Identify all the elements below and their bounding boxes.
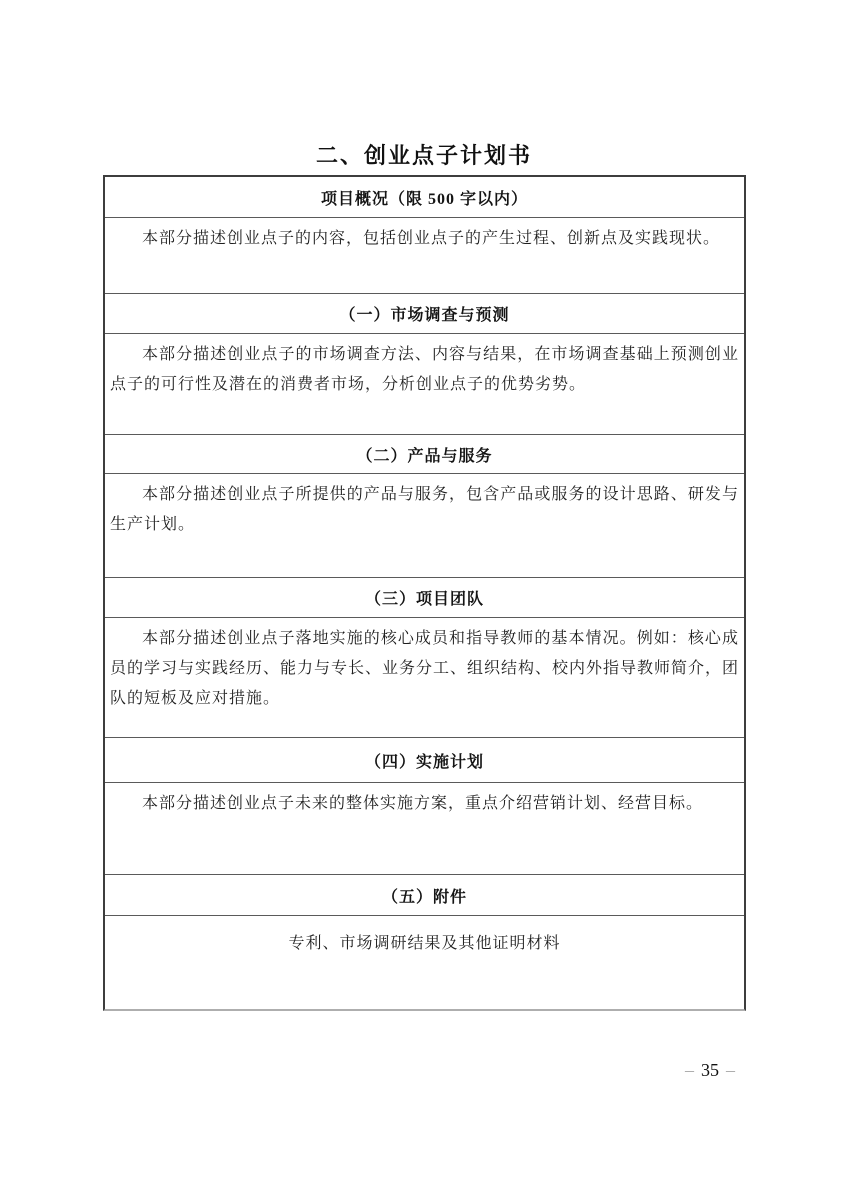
page-number: –35– (678, 1060, 742, 1081)
document-page: 二、创业点子计划书 项目概况（限 500 字以内） 本部分描述创业点子的内容，包… (0, 0, 848, 1200)
section-body-text: 本部分描述创业点子未来的整体实施方案，重点介绍营销计划、经营目标。 (105, 783, 744, 819)
section-header-market-research: （一）市场调查与预测 (105, 293, 744, 333)
page-number-dash-right: – (719, 1060, 742, 1080)
section-body-text: 本部分描述创业点子所提供的产品与服务，包含产品或服务的设计思路、研发与生产计划。 (105, 474, 744, 540)
section-body-attachments: 专利、市场调研结果及其他证明材料 (105, 915, 744, 1009)
section-body-implementation-plan: 本部分描述创业点子未来的整体实施方案，重点介绍营销计划、经营目标。 (105, 782, 744, 874)
page-title: 二、创业点子计划书 (0, 139, 848, 170)
section-body-products-services: 本部分描述创业点子所提供的产品与服务，包含产品或服务的设计思路、研发与生产计划。 (105, 473, 744, 577)
section-body-text: 专利、市场调研结果及其他证明材料 (105, 916, 744, 959)
section-header-products-services: （二）产品与服务 (105, 434, 744, 473)
section-body-text: 本部分描述创业点子的内容，包括创业点子的产生过程、创新点及实践现状。 (105, 218, 744, 254)
section-body-text: 本部分描述创业点子落地实施的核心成员和指导教师的基本情况。例如：核心成员的学习与… (105, 618, 744, 714)
section-header-project-team: （三）项目团队 (105, 577, 744, 617)
page-number-dash-left: – (678, 1060, 701, 1080)
section-header-overview: 项目概况（限 500 字以内） (105, 177, 744, 217)
section-body-project-team: 本部分描述创业点子落地实施的核心成员和指导教师的基本情况。例如：核心成员的学习与… (105, 617, 744, 737)
page-number-value: 35 (701, 1060, 719, 1080)
section-body-overview: 本部分描述创业点子的内容，包括创业点子的产生过程、创新点及实践现状。 (105, 217, 744, 293)
business-plan-table: 项目概况（限 500 字以内） 本部分描述创业点子的内容，包括创业点子的产生过程… (103, 175, 746, 1011)
section-body-text: 本部分描述创业点子的市场调查方法、内容与结果，在市场调查基础上预测创业点子的可行… (105, 334, 744, 400)
section-body-market-research: 本部分描述创业点子的市场调查方法、内容与结果，在市场调查基础上预测创业点子的可行… (105, 333, 744, 434)
section-header-implementation-plan: （四）实施计划 (105, 737, 744, 782)
section-header-attachments: （五）附件 (105, 874, 744, 915)
